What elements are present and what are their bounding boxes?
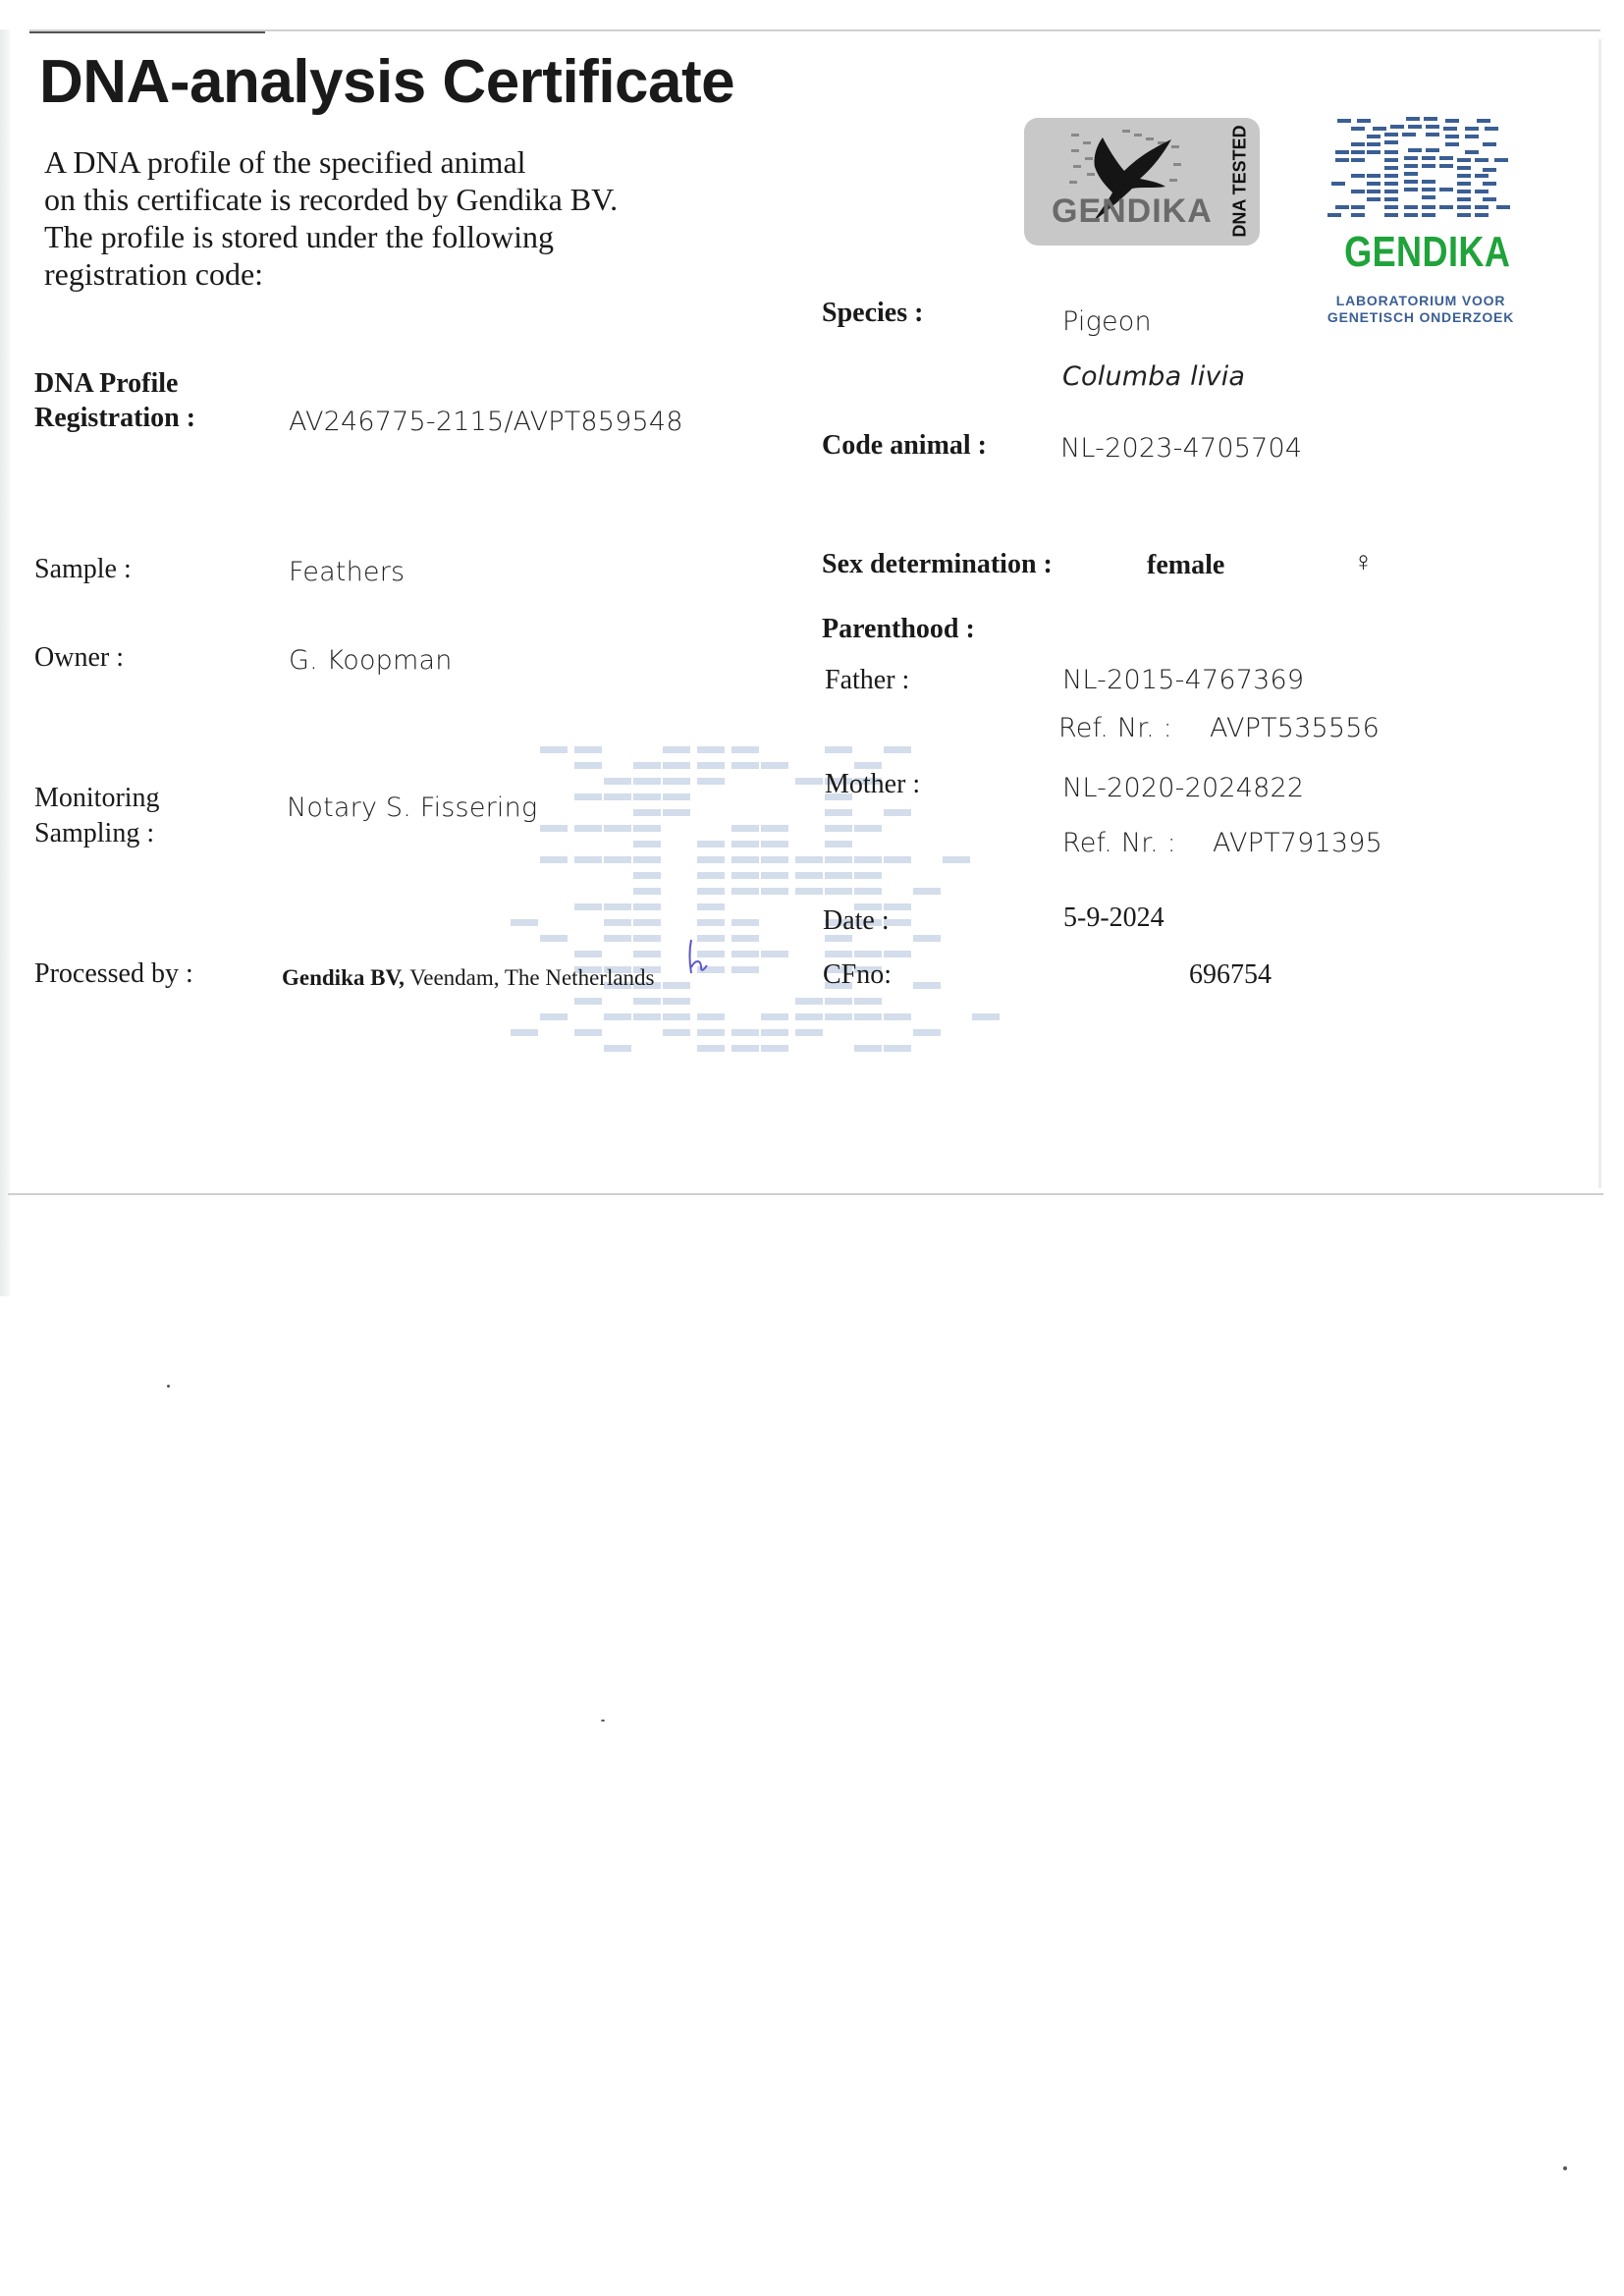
cfno-label: CFno:: [823, 958, 892, 992]
registration-label-line2: Registration :: [34, 402, 195, 435]
dna-tested-stamp: GENDIKA DNA TESTED: [1024, 118, 1260, 246]
stamp-tag: DNA TESTED: [1225, 126, 1255, 236]
certificate-right-border: [1598, 39, 1601, 1188]
female-symbol-icon: ♀: [1353, 546, 1374, 579]
intro-paragraph: A DNA profile of the specified animal on…: [44, 143, 731, 293]
owner-value: G. Koopman: [289, 644, 453, 678]
father-ref-value: AVPT535556: [1210, 712, 1380, 745]
scan-speck: [601, 1720, 605, 1722]
father-label: Father :: [825, 664, 909, 697]
date-label: Date :: [823, 904, 890, 938]
gendika-logo-name: GENDIKA: [1344, 228, 1497, 277]
scan-speck: [1563, 2166, 1567, 2170]
intro-line: A DNA profile of the specified animal: [44, 143, 731, 181]
mother-ref-value: AVPT791395: [1213, 827, 1382, 860]
certificate-bottom-border: [8, 1193, 1603, 1195]
father-value: NL-2015-4767369: [1062, 664, 1304, 697]
stamp-brand: GENDIKA: [1052, 192, 1213, 231]
species-label: Species :: [822, 297, 923, 330]
mother-ref-label: Ref. Nr. :: [1062, 827, 1176, 860]
intro-line: The profile is stored under the followin…: [44, 218, 731, 255]
monitoring-value: Notary S. Fissering: [287, 792, 537, 825]
processed-by-label: Processed by :: [34, 957, 193, 991]
intro-line: on this certificate is recorded by Gendi…: [44, 181, 731, 218]
sex-label: Sex determination :: [822, 548, 1053, 581]
sample-label: Sample :: [34, 553, 132, 586]
code-animal-label: Code animal :: [822, 429, 987, 463]
scan-edge: [0, 29, 10, 1296]
certificate-top-border-mark: [29, 31, 265, 33]
monitoring-label-line2: Sampling :: [34, 817, 154, 850]
owner-label: Owner :: [34, 641, 124, 675]
scan-speck: [167, 1385, 170, 1388]
processed-by-location: Veendam, The Netherlands: [405, 965, 655, 990]
monitoring-label-line1: Monitoring: [34, 782, 160, 815]
intro-line: registration code:: [44, 255, 731, 293]
certificate-top-border: [29, 29, 1600, 31]
parenthood-label: Parenthood :: [822, 613, 975, 646]
certificate-title: DNA-analysis Certificate: [39, 47, 734, 117]
gendika-logo-subtitle: LABORATORIUM VOOR GENETISCH ONDERZOEK: [1316, 293, 1526, 326]
mother-value: NL-2020-2024822: [1062, 772, 1304, 805]
cfno-value: 696754: [1189, 958, 1272, 992]
species-common-name: Pigeon: [1062, 305, 1152, 339]
processed-by-value: Gendika BV, Veendam, The Netherlands: [282, 961, 655, 995]
sex-value: female: [1147, 549, 1224, 582]
dna-watermark-icon: [491, 727, 1100, 1080]
registration-label-line1: DNA Profile: [34, 367, 178, 401]
gendika-logo-icon: [1327, 113, 1514, 221]
code-animal-value: NL-2023-4705704: [1060, 432, 1302, 465]
date-value: 5-9-2024: [1063, 902, 1164, 935]
father-ref-label: Ref. Nr. :: [1058, 712, 1172, 745]
sample-value: Feathers: [289, 556, 405, 589]
species-latin-name: Columba livia: [1062, 360, 1245, 394]
registration-value: AV246775-2115/AVPT859548: [289, 406, 683, 439]
processed-by-company: Gendika BV,: [282, 965, 405, 990]
mother-label: Mother :: [825, 768, 920, 801]
signature-mark-icon: [685, 938, 715, 977]
